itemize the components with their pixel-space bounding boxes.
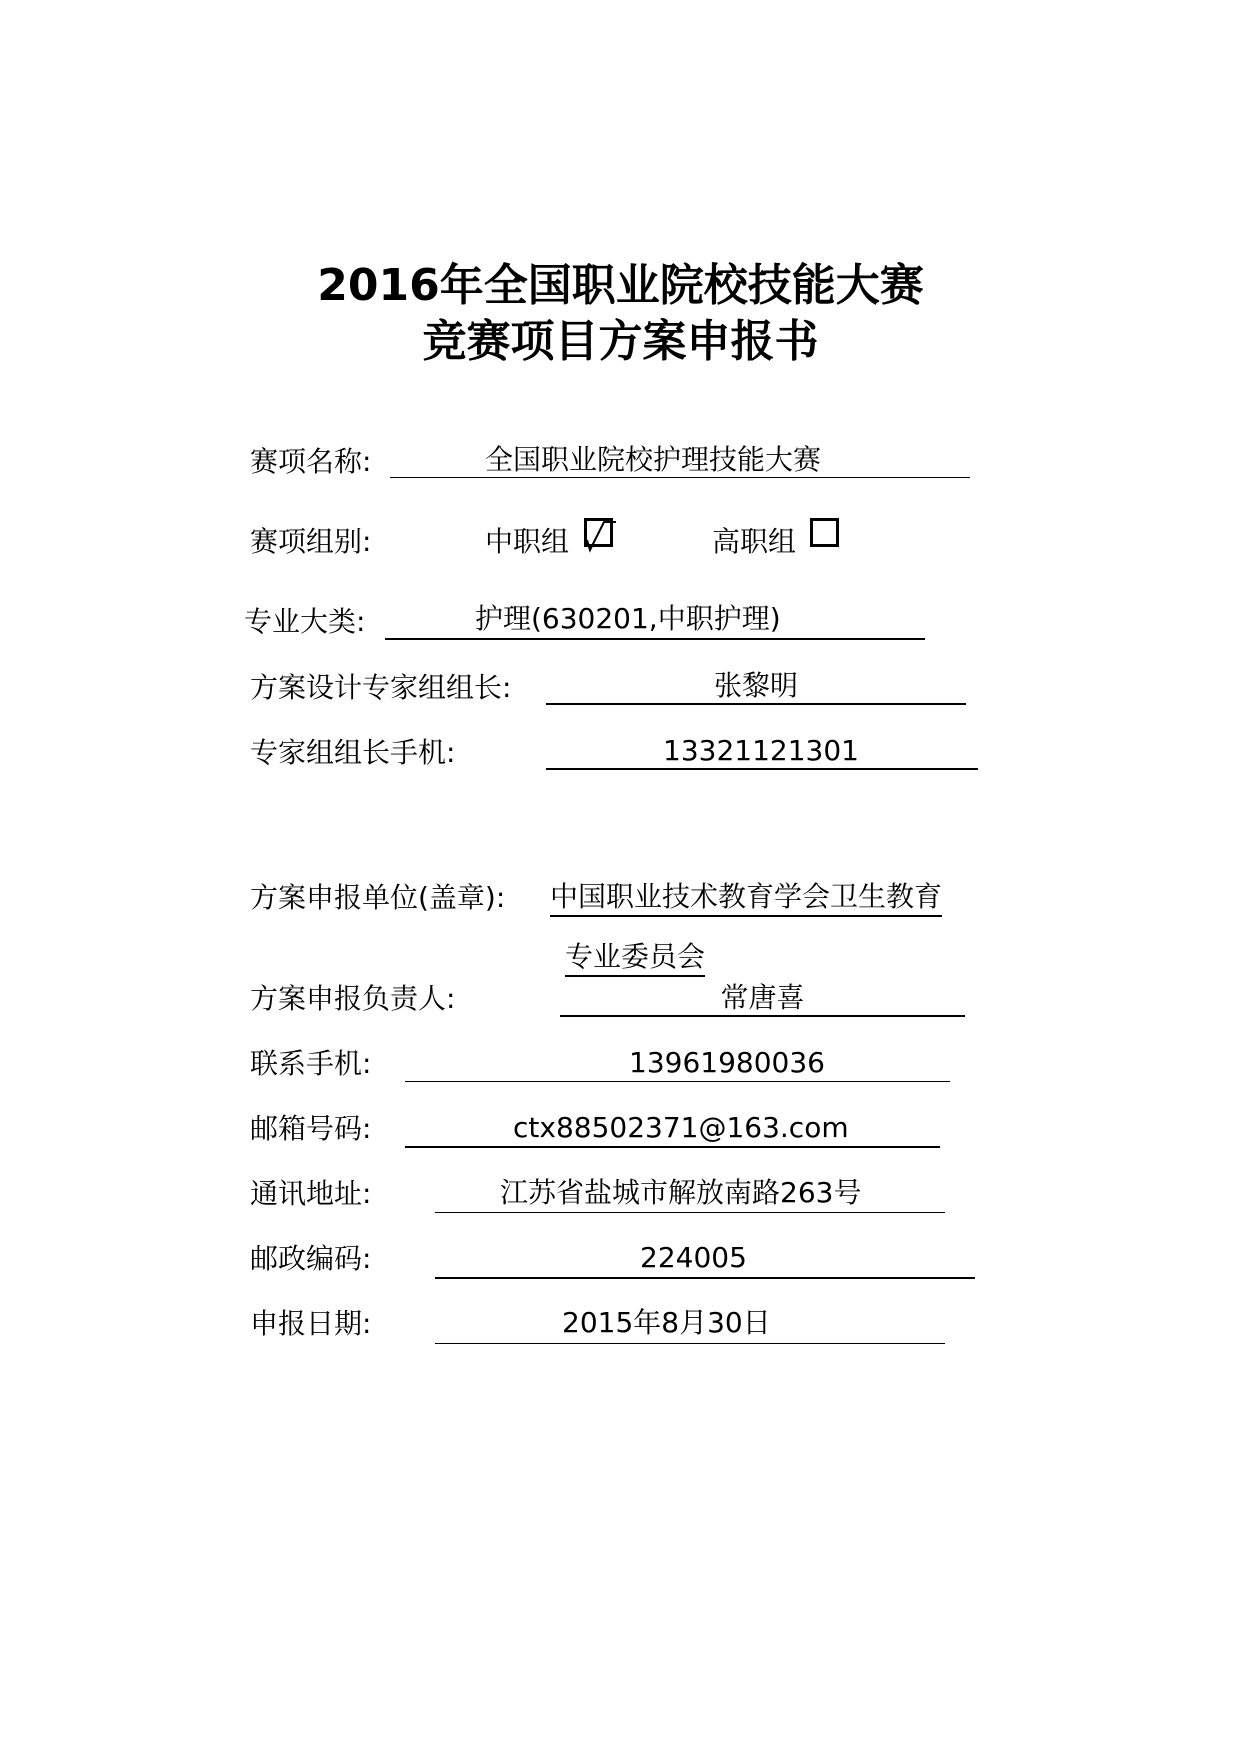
address-underline (435, 1212, 945, 1213)
postal-code-value: 224005 (640, 1240, 747, 1276)
applicant-person-value: 常唐喜 (560, 980, 965, 1016)
event-name-value: 全国职业院校护理技能大赛 (390, 442, 930, 478)
postal-code-label: 邮政编码: (250, 1241, 371, 1277)
document-title-line-1: 2016年全国职业院校技能大赛 (0, 258, 1241, 314)
major-category-underline (385, 638, 925, 640)
expert-group-leader-label: 方案设计专家组组长: (250, 670, 511, 706)
group-option-higher-vocational-label: 高职组 (712, 524, 796, 560)
contact-phone-value: 13961980036 (405, 1045, 825, 1081)
leader-phone-value: 13321121301 (546, 733, 976, 769)
email-value: ctx88502371@163.com (513, 1110, 849, 1146)
event-name-underline (390, 477, 970, 478)
applicant-unit-value-line-1: 中国职业技术教育学会卫生教育 (550, 879, 942, 917)
submission-date-value: 2015年8月30日 (562, 1305, 771, 1341)
checked-box-icon[interactable] (584, 518, 613, 547)
email-underline (405, 1146, 940, 1148)
event-name-label: 赛项名称: (250, 444, 371, 480)
applicant-unit-label: 方案申报单位(盖章): (250, 880, 505, 916)
contact-phone-label: 联系手机: (250, 1046, 371, 1082)
address-value: 江苏省盐城市解放南路263号 (500, 1175, 861, 1211)
leader-phone-underline (546, 768, 978, 770)
leader-phone-label: 专家组组长手机: (250, 735, 455, 771)
address-label: 通讯地址: (250, 1176, 371, 1212)
email-label: 邮箱号码: (250, 1111, 371, 1147)
submission-date-label: 申报日期: (250, 1306, 371, 1342)
expert-group-leader-underline (546, 703, 966, 705)
document-title-line-2: 竞赛项目方案申报书 (0, 314, 1241, 370)
contact-phone-underline (405, 1081, 950, 1082)
major-category-value: 护理(630201,中职护理) (475, 601, 781, 637)
group-option-secondary-vocational-label: 中职组 (485, 524, 569, 560)
empty-box-icon[interactable] (810, 518, 839, 547)
major-category-label: 专业大类: (244, 604, 365, 640)
expert-group-leader-value: 张黎明 (546, 668, 966, 704)
applicant-unit-value-line-2: 专业委员会 (565, 939, 705, 977)
event-group-label: 赛项组别: (250, 524, 371, 560)
applicant-person-underline (560, 1015, 965, 1017)
submission-date-underline (435, 1343, 945, 1344)
checkmark-icon (584, 518, 619, 553)
postal-code-underline (435, 1277, 975, 1279)
applicant-person-label: 方案申报负责人: (250, 981, 455, 1017)
